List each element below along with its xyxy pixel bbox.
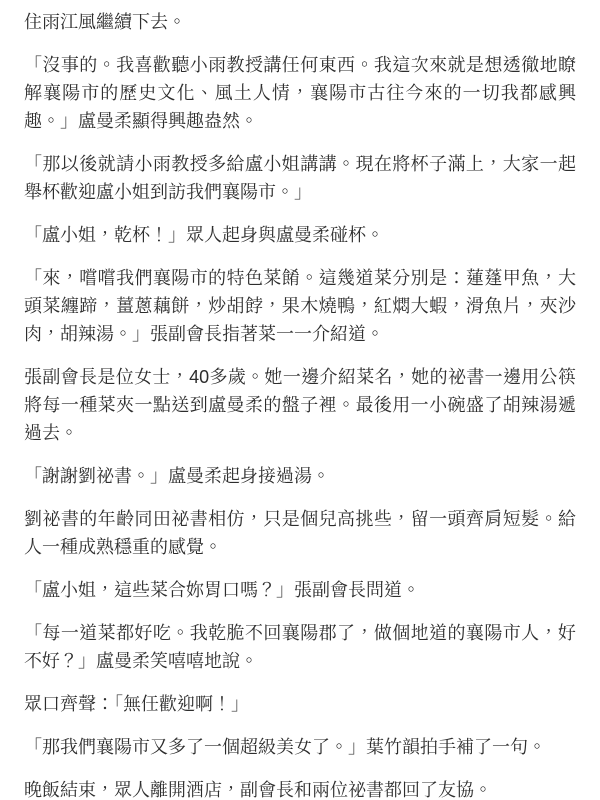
paragraph: 「盧小姐，這些菜合妳胃口嗎？」張副會長問道。	[24, 576, 576, 604]
novel-text-page: 住雨江風繼續下去。 「沒事的。我喜歡聽小雨教授講任何東西。我這次來就是想透徹地瞭…	[0, 0, 600, 800]
paragraph: 「盧小姐，乾杯！」眾人起身與盧曼柔碰杯。	[24, 221, 576, 249]
paragraph: 張副會長是位女士，40多歲。她一邊介紹菜名，她的祕書一邊用公筷將每一種菜夾一點送…	[24, 363, 576, 447]
paragraph: 「來，嚐嚐我們襄陽市的特色菜餚。這幾道菜分別是：蓮蓬甲魚，大頭菜纏蹄，薑蔥藕餅，…	[24, 264, 576, 348]
paragraph: 「每一道菜都好吃。我乾脆不回襄陽郡了，做個地道的襄陽市人，好不好？」盧曼柔笑嘻嘻…	[24, 619, 576, 675]
paragraph: 「那我們襄陽市又多了一個超級美女了。」葉竹韻拍手補了一句。	[24, 733, 576, 761]
paragraph: 眾口齊聲：「無任歡迎啊！」	[24, 690, 576, 718]
paragraph: 晚飯結束，眾人離開酒店，副會長和兩位祕書都回了友協。	[24, 776, 576, 800]
paragraph: 「謝謝劉祕書。」盧曼柔起身接過湯。	[24, 462, 576, 490]
paragraph: 劉祕書的年齡同田祕書相仿，只是個兒高挑些，留一頭齊肩短髮。給人一種成熟穩重的感覺…	[24, 505, 576, 561]
paragraph: 住雨江風繼續下去。	[24, 8, 576, 36]
paragraph: 「沒事的。我喜歡聽小雨教授講任何東西。我這次來就是想透徹地瞭解襄陽市的歷史文化、…	[24, 51, 576, 135]
paragraph: 「那以後就請小雨教授多給盧小姐講講。現在將杯子滿上，大家一起舉杯歡迎盧小姐到訪我…	[24, 150, 576, 206]
